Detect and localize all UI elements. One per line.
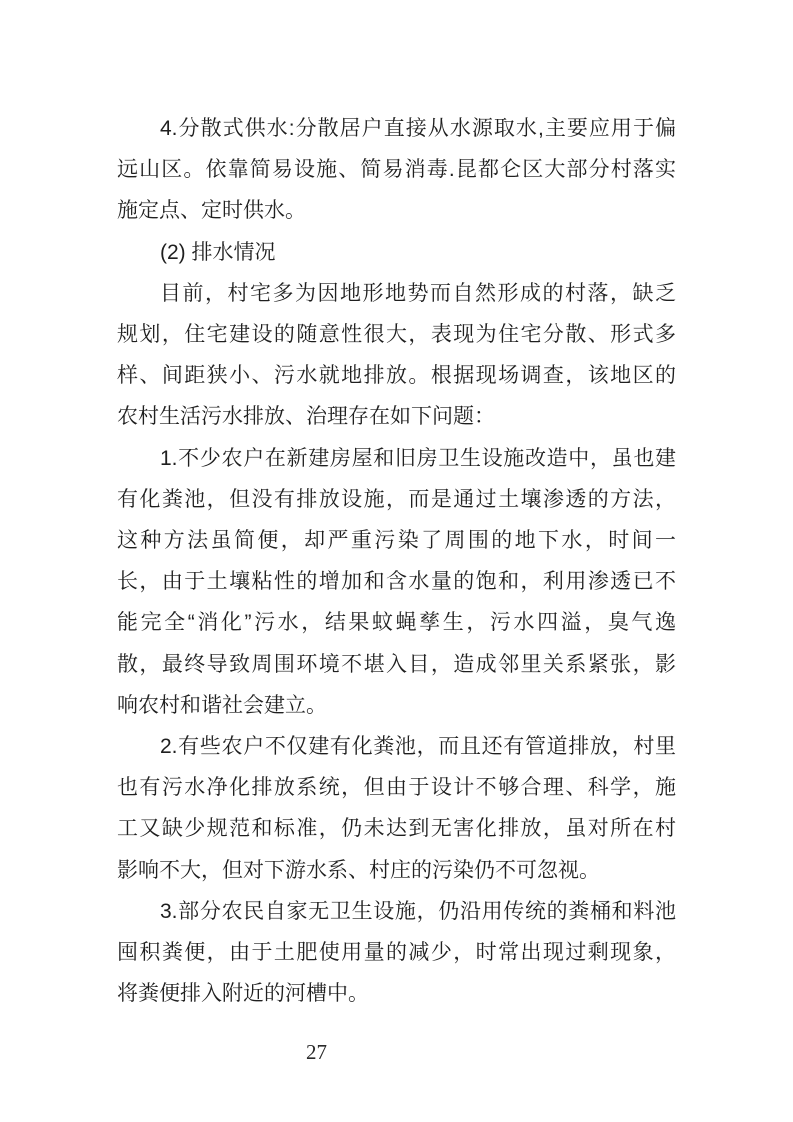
paragraph: 目前，村宅多为因地形地势而自然形成的村落，缺乏规划，住宅建设的随意性很大，表现为… (117, 273, 676, 438)
text-line: 影响不大，但对下游水系、村庄的污染仍不可忽视。 (117, 850, 676, 891)
text-line: 1.不少农户在新建房屋和旧房卫生设施改造中，虽也建 (117, 438, 676, 479)
text-line: 长，由于土壤粘性的增加和含水量的饱和，利用渗透已不 (117, 561, 676, 602)
text-line: 样、间距狭小、污水就地排放。根据现场调查，该地区的 (117, 355, 676, 396)
text-line: (2) 排水情况 (117, 232, 676, 273)
paragraph: 1.不少农户在新建房屋和旧房卫生设施改造中，虽也建有化粪池，但没有排放设施，而是… (117, 438, 676, 726)
paragraph: (2) 排水情况 (117, 232, 676, 273)
paragraph: 3.部分农民自家无卫生设施，仍沿用传统的粪桶和料池囤积粪便，由于土肥使用量的减少… (117, 891, 676, 1015)
paragraph: 4.分散式供水:分散居户直接从水源取水,主要应用于偏远山区。依靠简易设施、简易消… (117, 108, 676, 232)
text-line: 农村生活污水排放、治理存在如下问题： (117, 396, 676, 437)
text-line: 散，最终导致周围环境不堪入目，造成邻里关系紧张，影 (117, 644, 676, 685)
text-line: 将粪便排入附近的河槽中。 (117, 973, 676, 1014)
text-line: 有化粪池，但没有排放设施，而是通过土壤渗透的方法， (117, 479, 676, 520)
document-page: 4.分散式供水:分散居户直接从水源取水,主要应用于偏远山区。依靠简易设施、简易消… (0, 0, 793, 1122)
text-line: 远山区。依靠简易设施、简易消毒.昆都仑区大部分村落实 (117, 149, 676, 190)
text-line: 3.部分农民自家无卫生设施，仍沿用传统的粪桶和料池 (117, 891, 676, 932)
text-line: 能完全“消化”污水，结果蚊蝇孳生，污水四溢，臭气逸 (117, 602, 676, 643)
text-line: 目前，村宅多为因地形地势而自然形成的村落，缺乏 (117, 273, 676, 314)
text-block: 4.分散式供水:分散居户直接从水源取水,主要应用于偏远山区。依靠简易设施、简易消… (117, 108, 676, 1014)
text-line: 工又缺少规范和标准，仍未达到无害化排放，虽对所在村 (117, 808, 676, 849)
text-line: 也有污水净化排放系统，但由于设计不够合理、科学，施 (117, 767, 676, 808)
paragraph: 2.有些农户不仅建有化粪池，而且还有管道排放，村里也有污水净化排放系统，但由于设… (117, 726, 676, 891)
text-line: 2.有些农户不仅建有化粪池，而且还有管道排放，村里 (117, 726, 676, 767)
page-number: 27 (306, 1042, 327, 1063)
text-line: 响农村和谐社会建立。 (117, 685, 676, 726)
text-line: 4.分散式供水:分散居户直接从水源取水,主要应用于偏 (117, 108, 676, 149)
text-line: 这种方法虽简便，却严重污染了周围的地下水，时间一 (117, 520, 676, 561)
text-line: 施定点、定时供水。 (117, 190, 676, 231)
text-line: 规划，住宅建设的随意性很大，表现为住宅分散、形式多 (117, 314, 676, 355)
text-line: 囤积粪便，由于土肥使用量的减少，时常出现过剩现象， (117, 932, 676, 973)
